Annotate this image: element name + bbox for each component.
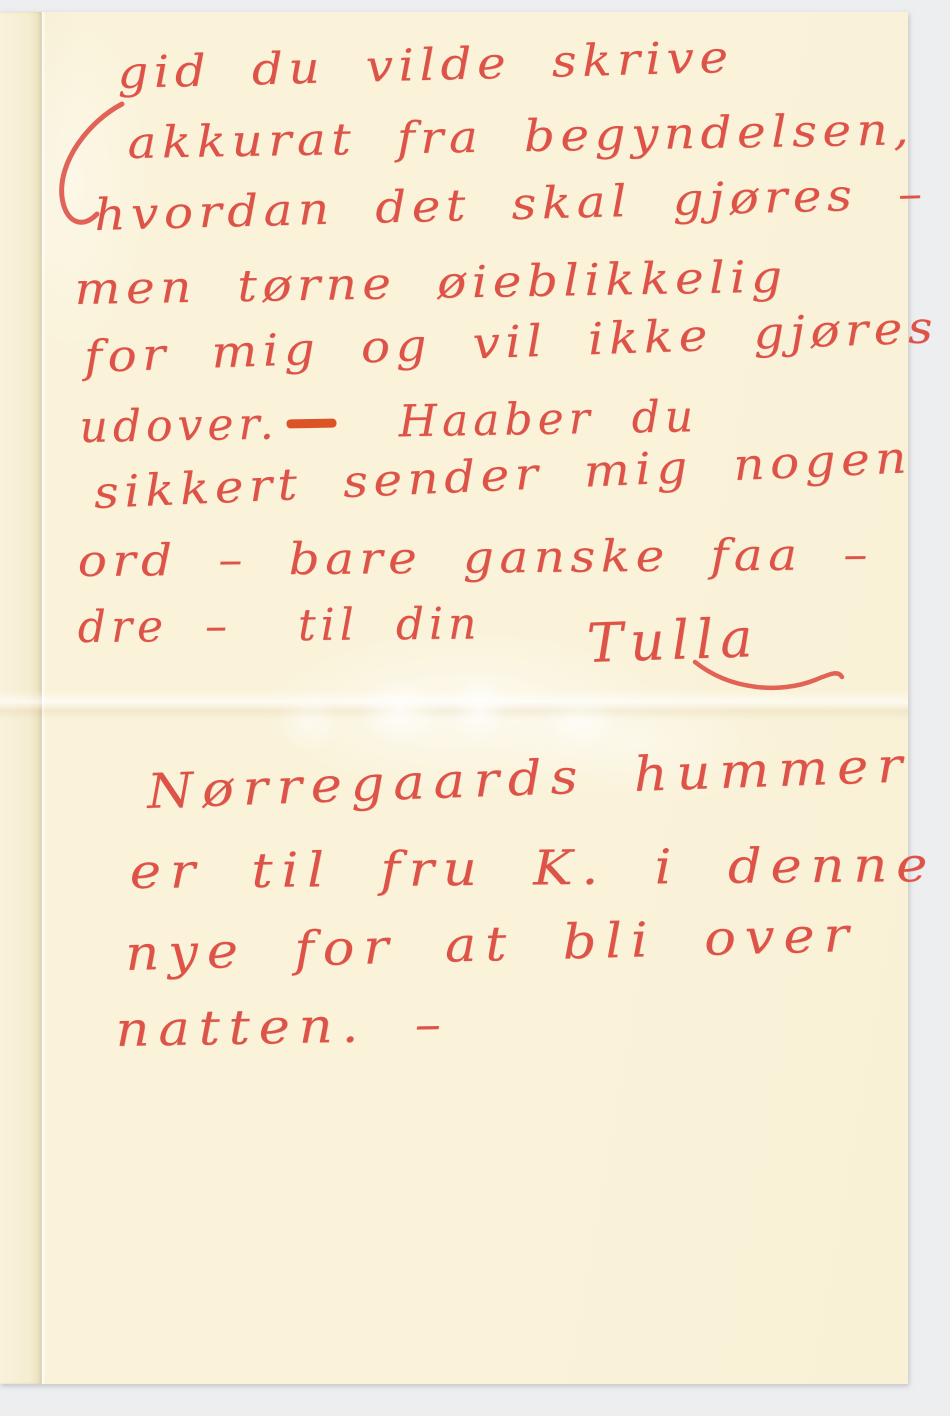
letter-paper-sheet: gid du vilde skrive akkurat fra begyndel… — [0, 12, 908, 1384]
line-text: natten. – — [115, 996, 450, 1058]
line-text: til din — [298, 598, 482, 651]
bold-ink-dash: — — [287, 419, 337, 429]
line-text: for mig og vil ikke gjøres — [83, 302, 939, 383]
line-text: dre – — [78, 601, 233, 653]
handwritten-line-5: for mig og vil ikke gjøres — [83, 305, 861, 383]
handwritten-line-9: dre –til din — [78, 598, 482, 653]
line-text: akkurat fra begyndelsen, — [127, 104, 914, 169]
line-text: Haaber du — [398, 391, 698, 447]
handwritten-line-4: men tørne øieblikkelig — [74, 253, 723, 315]
line-text: er til fru K. i denne — [130, 837, 937, 900]
word-gap — [232, 640, 298, 641]
postscript-line-2: er til fru K. i denne — [130, 838, 864, 900]
scan-background: { "scan": { "background_color": "#edeef0… — [0, 0, 950, 1416]
line-text: udover. — [79, 399, 279, 453]
line-text: gid du vilde skrive — [117, 32, 734, 99]
postscript-line-3: nye for at bli over — [125, 909, 792, 982]
handwritten-line-1: gid du vilde skrive — [117, 33, 678, 99]
signature-flourish — [690, 642, 850, 702]
handwritten-line-3: hvordan det skal gjøres – — [94, 170, 853, 241]
word-gap — [345, 436, 399, 437]
line-text: nye for at bli over — [125, 907, 859, 982]
handwritten-line-6: udover.—Haaber du — [79, 391, 698, 453]
postscript-line-4: natten. – — [115, 997, 420, 1058]
handwritten-line-8: ord – bare ganske faa – — [78, 530, 801, 587]
line-text: men tørne øieblikkelig — [74, 252, 788, 315]
line-text: hvordan det skal gjøres – — [94, 168, 929, 241]
handwritten-line-2: akkurat fra begyndelsen, — [127, 106, 843, 169]
line-text: ord – bare ganske faa – — [78, 529, 874, 587]
